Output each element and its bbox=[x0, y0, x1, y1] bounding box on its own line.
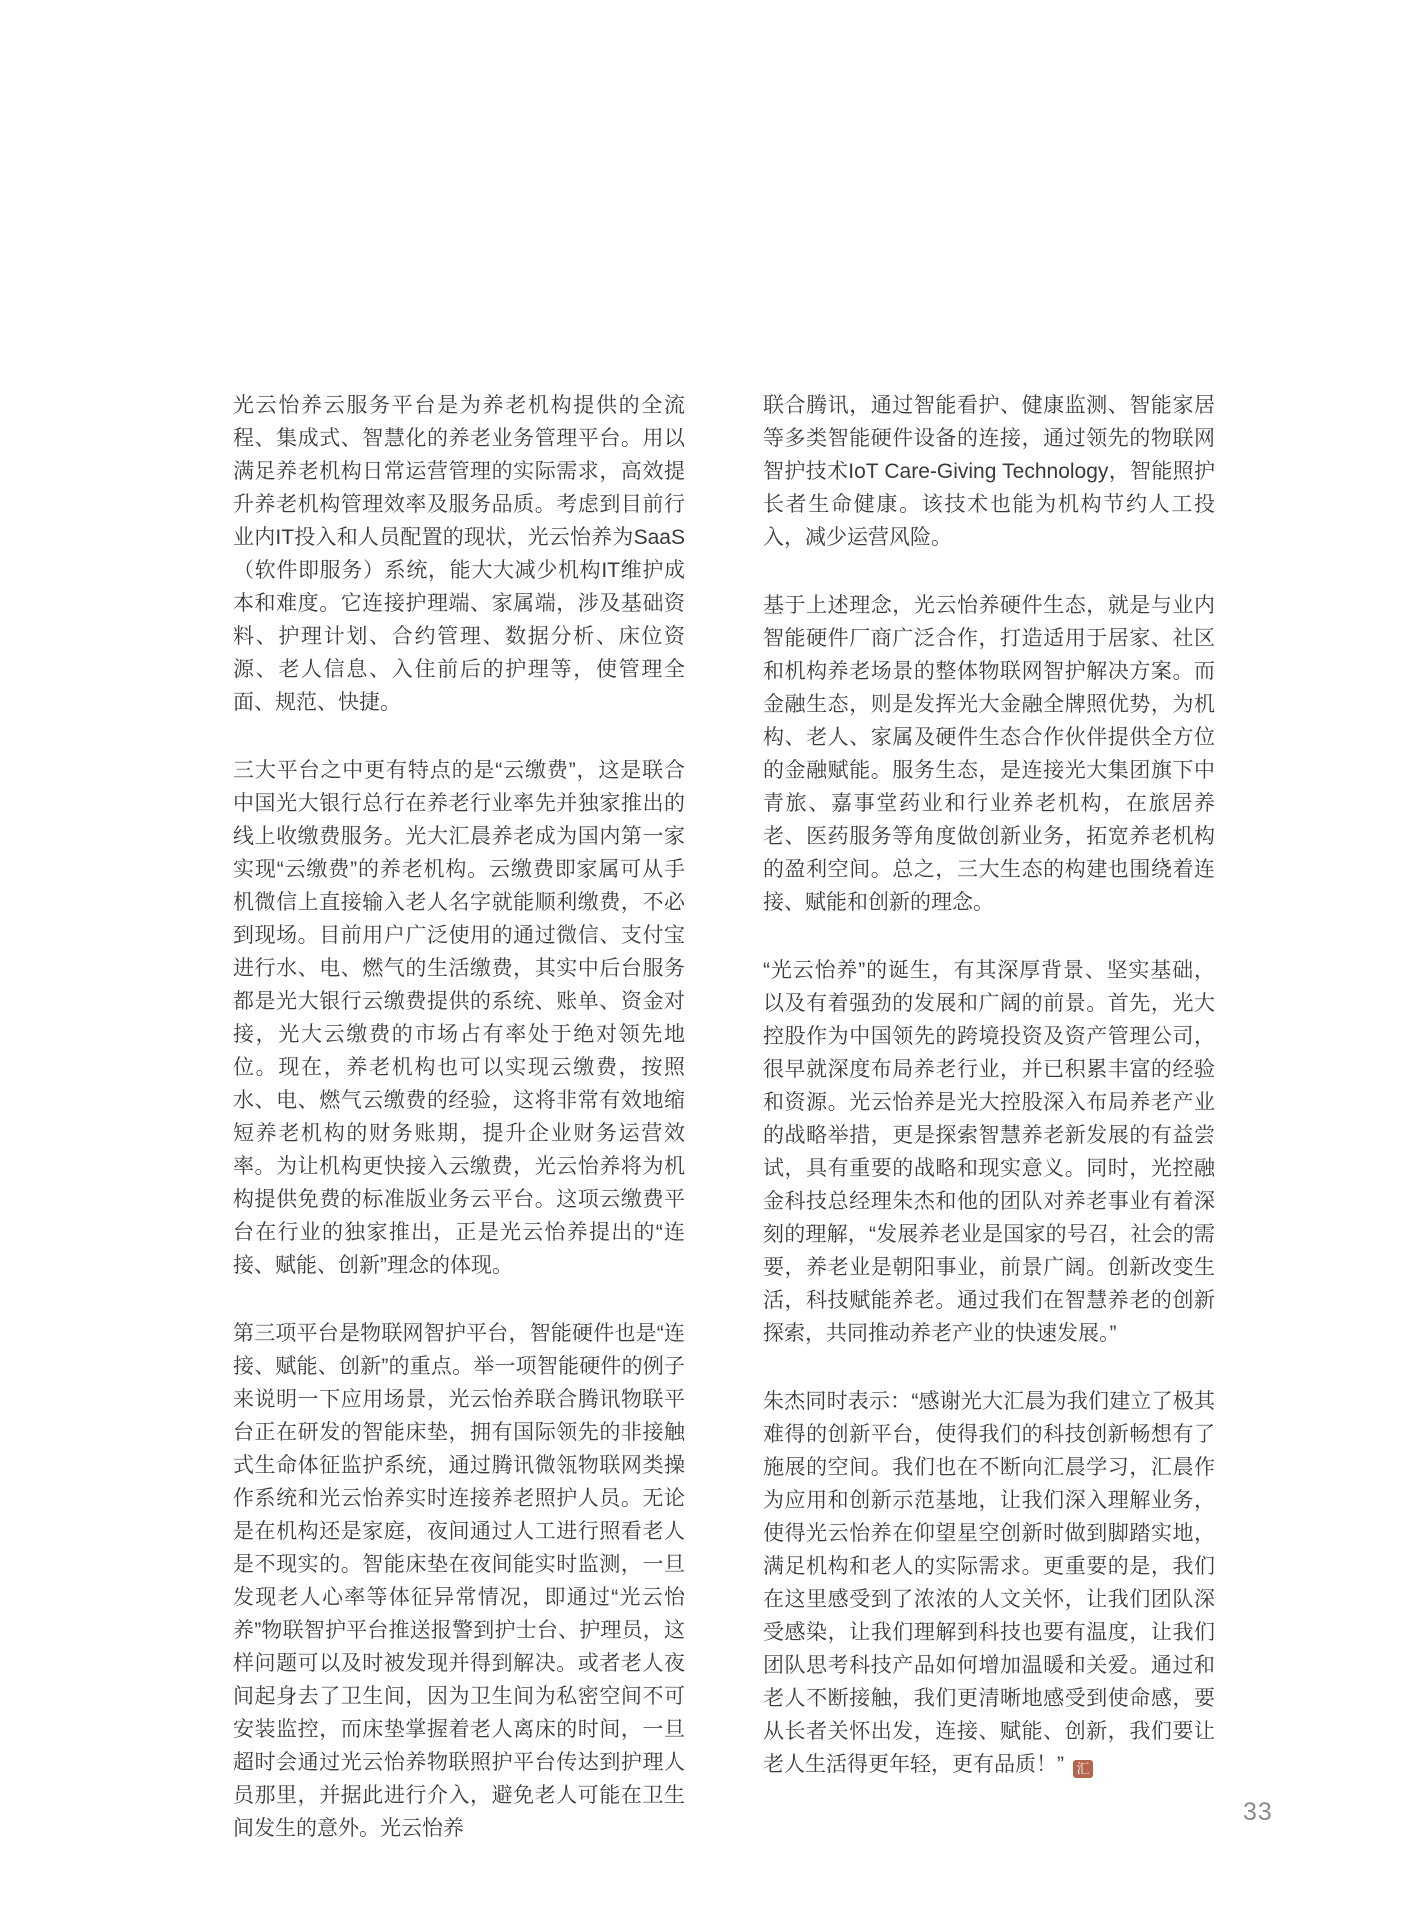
paragraph-right-2: 基于上述理念，光云怡养硬件生态，就是与业内智能硬件厂商广泛合作，打造适用于居家、… bbox=[763, 589, 1215, 919]
paragraph-right-4-text: 朱杰同时表示：“感谢光大汇晨为我们建立了极其难得的创新平台，使得我们的科技创新畅… bbox=[763, 1390, 1215, 1776]
page-number: 33 bbox=[1243, 1797, 1273, 1827]
end-mark-glyph: 汇 bbox=[1073, 1760, 1093, 1778]
paragraph-left-1: 光云怡养云服务平台是为养老机构提供的全流程、集成式、智慧化的养老业务管理平台。用… bbox=[233, 389, 685, 719]
paragraph-right-4: 朱杰同时表示：“感谢光大汇晨为我们建立了极其难得的创新平台，使得我们的科技创新畅… bbox=[763, 1385, 1215, 1781]
paragraph-right-3: “光云怡养”的诞生，有其深厚背景、坚实基础，以及有着强劲的发展和广阔的前景。首先… bbox=[763, 954, 1215, 1350]
article-end-mark-icon: 汇 bbox=[1073, 1760, 1093, 1778]
paragraph-left-2: 三大平台之中更有特点的是“云缴费”，这是联合中国光大银行总行在养老行业率先并独家… bbox=[233, 754, 685, 1282]
paragraph-right-1: 联合腾讯，通过智能看护、健康监测、智能家居等多类智能硬件设备的连接，通过领先的物… bbox=[763, 389, 1215, 554]
article-column-left: 光云怡养云服务平台是为养老机构提供的全流程、集成式、智慧化的养老业务管理平台。用… bbox=[233, 389, 685, 1845]
article-column-right: 联合腾讯，通过智能看护、健康监测、智能家居等多类智能硬件设备的连接，通过领先的物… bbox=[763, 389, 1215, 1781]
magazine-page: 光云怡养云服务平台是为养老机构提供的全流程、集成式、智慧化的养老业务管理平台。用… bbox=[0, 0, 1424, 1920]
paragraph-left-3: 第三项平台是物联网智护平台，智能硬件也是“连接、赋能、创新”的重点。举一项智能硬… bbox=[233, 1317, 685, 1845]
